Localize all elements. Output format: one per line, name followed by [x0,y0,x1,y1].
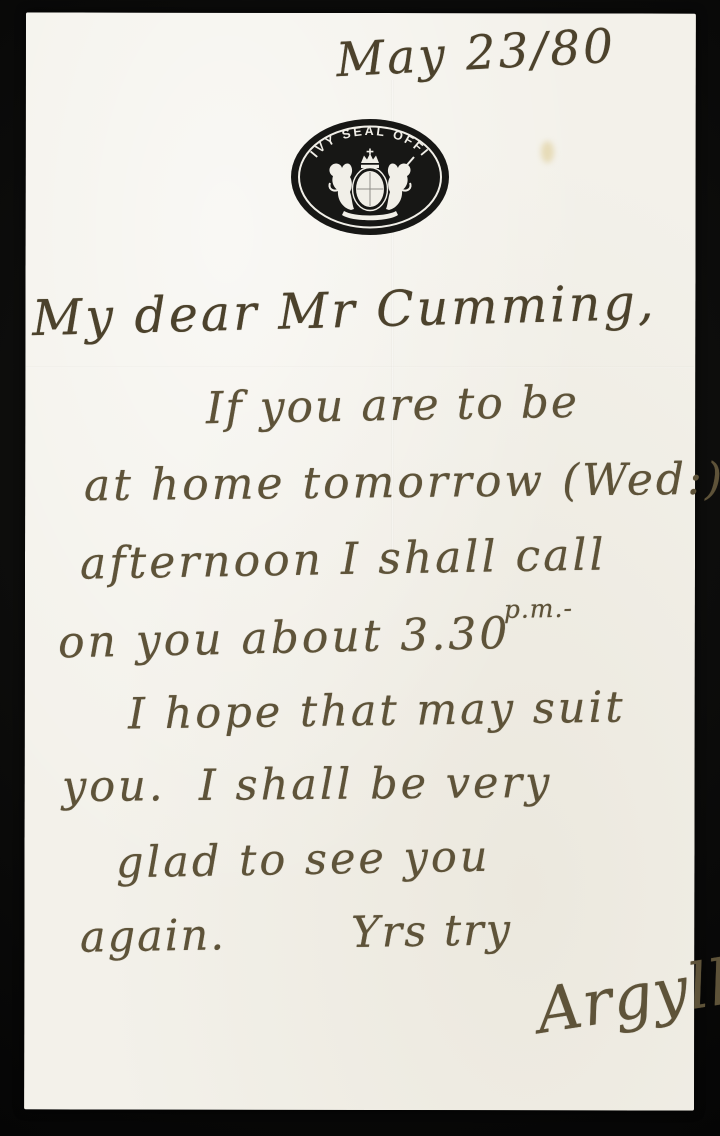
body-line-5: I hope that may suit [128,687,626,737]
body-line-6: you. I shall be very [62,762,553,809]
photo-background: May 23/80 PRIVY SEAL OFFICE [0,0,720,1136]
body-line-4: on you about 3.30p.m.- [58,611,574,666]
body-line-1: If you are to be [206,381,580,432]
body-line-4-text: on you about 3.30 [58,608,511,668]
privy-seal-emblem: PRIVY SEAL OFFICE [288,116,452,238]
body-line-3: afternoon I shall call [80,533,607,586]
body-line-2: at home tomorrow (Wed:) [84,458,720,509]
date-line: May 23/80 [335,23,617,85]
body-line-8: again. Yrs try [80,909,513,960]
body-line-7: glad to see you [116,836,491,886]
pm-superscript: p.m.- [504,596,574,622]
privy-seal-stamp: PRIVY SEAL OFFICE [288,116,452,238]
